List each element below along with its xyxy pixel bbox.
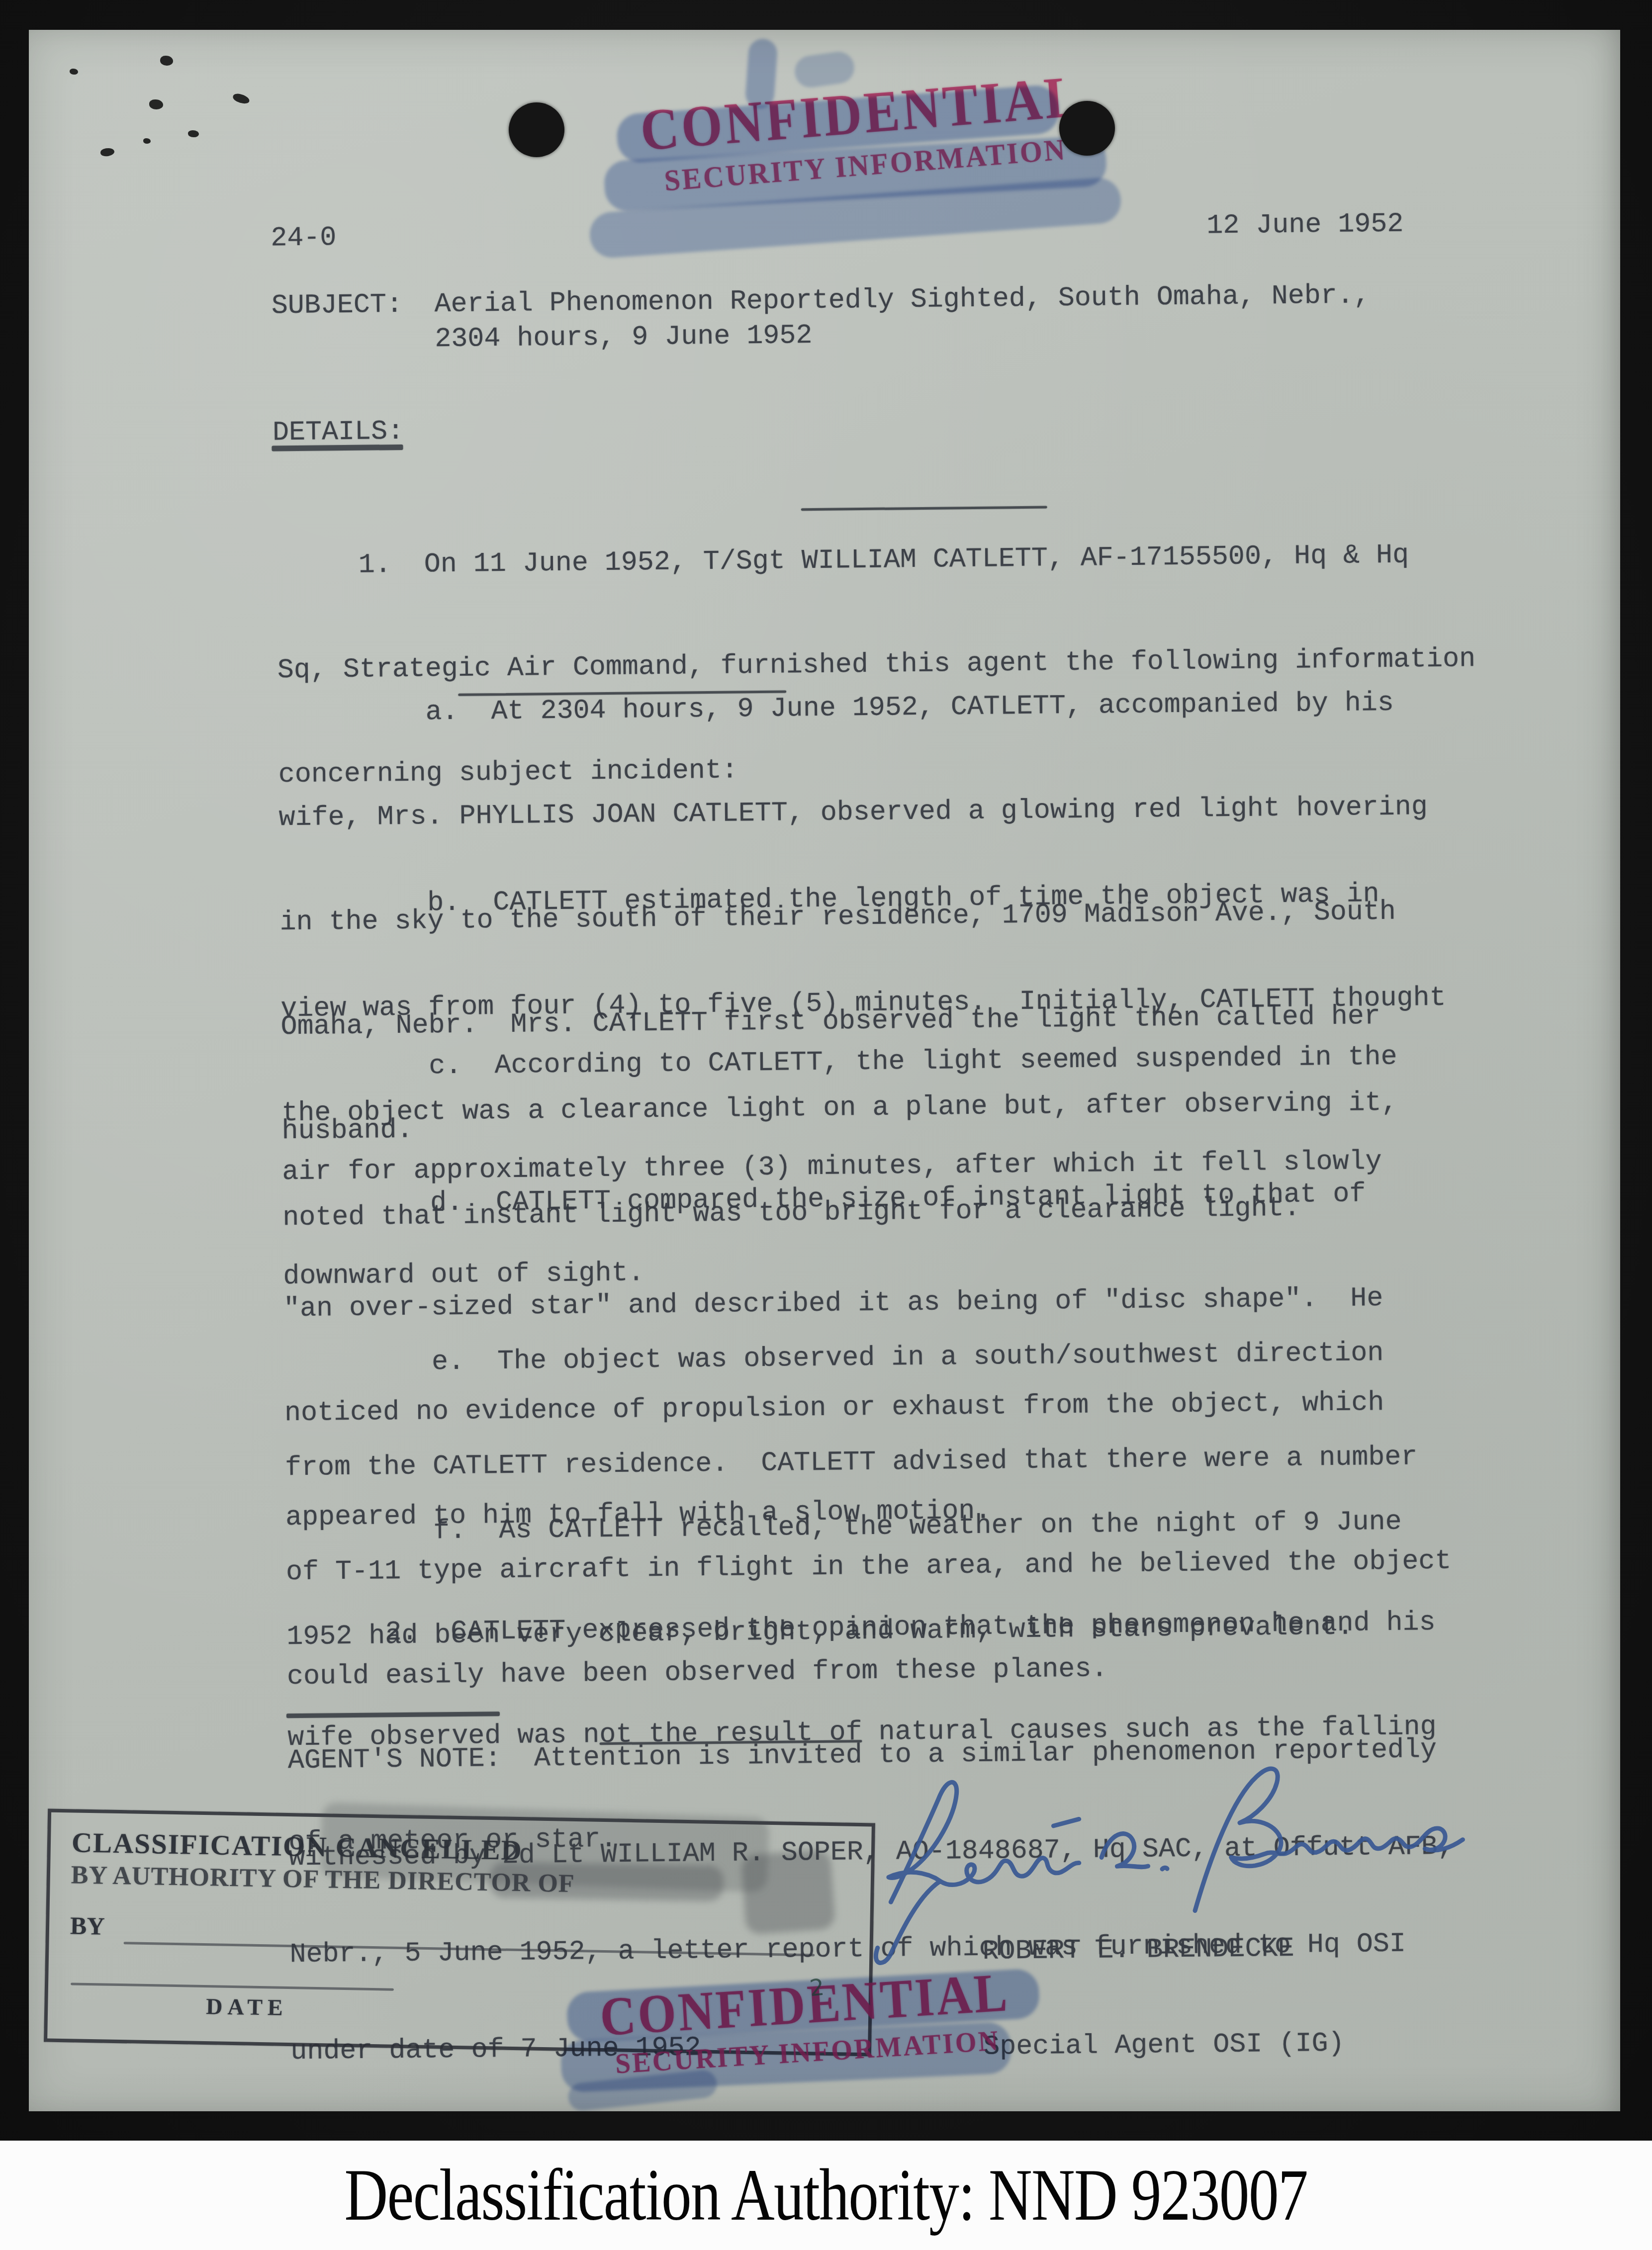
file-number: 24-0 bbox=[271, 220, 337, 256]
signature-ink bbox=[834, 1721, 1488, 1974]
paragraph-line: b. CATLETT estimated the length of time … bbox=[279, 876, 1445, 922]
paragraph-line: 1. On 11 June 1952, T/Sgt WILLIAM CATLET… bbox=[276, 537, 1474, 583]
subject-line: Aerial Phenomenon Reportedly Sighted, So… bbox=[434, 278, 1370, 322]
paragraph-line: e. The object was observed in a south/so… bbox=[284, 1335, 1450, 1381]
declassification-authority-text: Declassification Authority: NND 923007 bbox=[345, 2153, 1307, 2238]
date-label: DATE bbox=[206, 1993, 288, 2021]
paragraph-line: c. According to CATLETT, the light seeme… bbox=[281, 1040, 1397, 1085]
date-line bbox=[71, 1982, 394, 1990]
paragraph-line: 2. CATLETT expressed the opinion that th… bbox=[286, 1605, 1436, 1651]
by-signature-line bbox=[123, 1942, 815, 1956]
subject-label: SUBJECT: bbox=[271, 287, 403, 324]
by-label: BY bbox=[70, 1911, 105, 1940]
details-underline bbox=[272, 445, 403, 451]
subject-line: 2304 hours, 9 June 1952 bbox=[435, 318, 813, 357]
signature-stroke bbox=[864, 1747, 1468, 1963]
paragraph-line: d. CATLETT compared the size of instant … bbox=[282, 1176, 1382, 1222]
footer-bar: Declassification Authority: NND 923007 bbox=[0, 2141, 1652, 2250]
scanned-document-photo: CONFIDENTIAL SECURITY INFORMATION 24-0 1… bbox=[0, 0, 1652, 2250]
document-date: 12 June 1952 bbox=[1206, 207, 1404, 244]
paragraph-line: a. At 2304 hours, 9 June 1952, CATLETT, … bbox=[277, 685, 1427, 731]
stamp-smudge bbox=[489, 1862, 724, 1901]
stamp-smudge bbox=[741, 1849, 836, 1935]
